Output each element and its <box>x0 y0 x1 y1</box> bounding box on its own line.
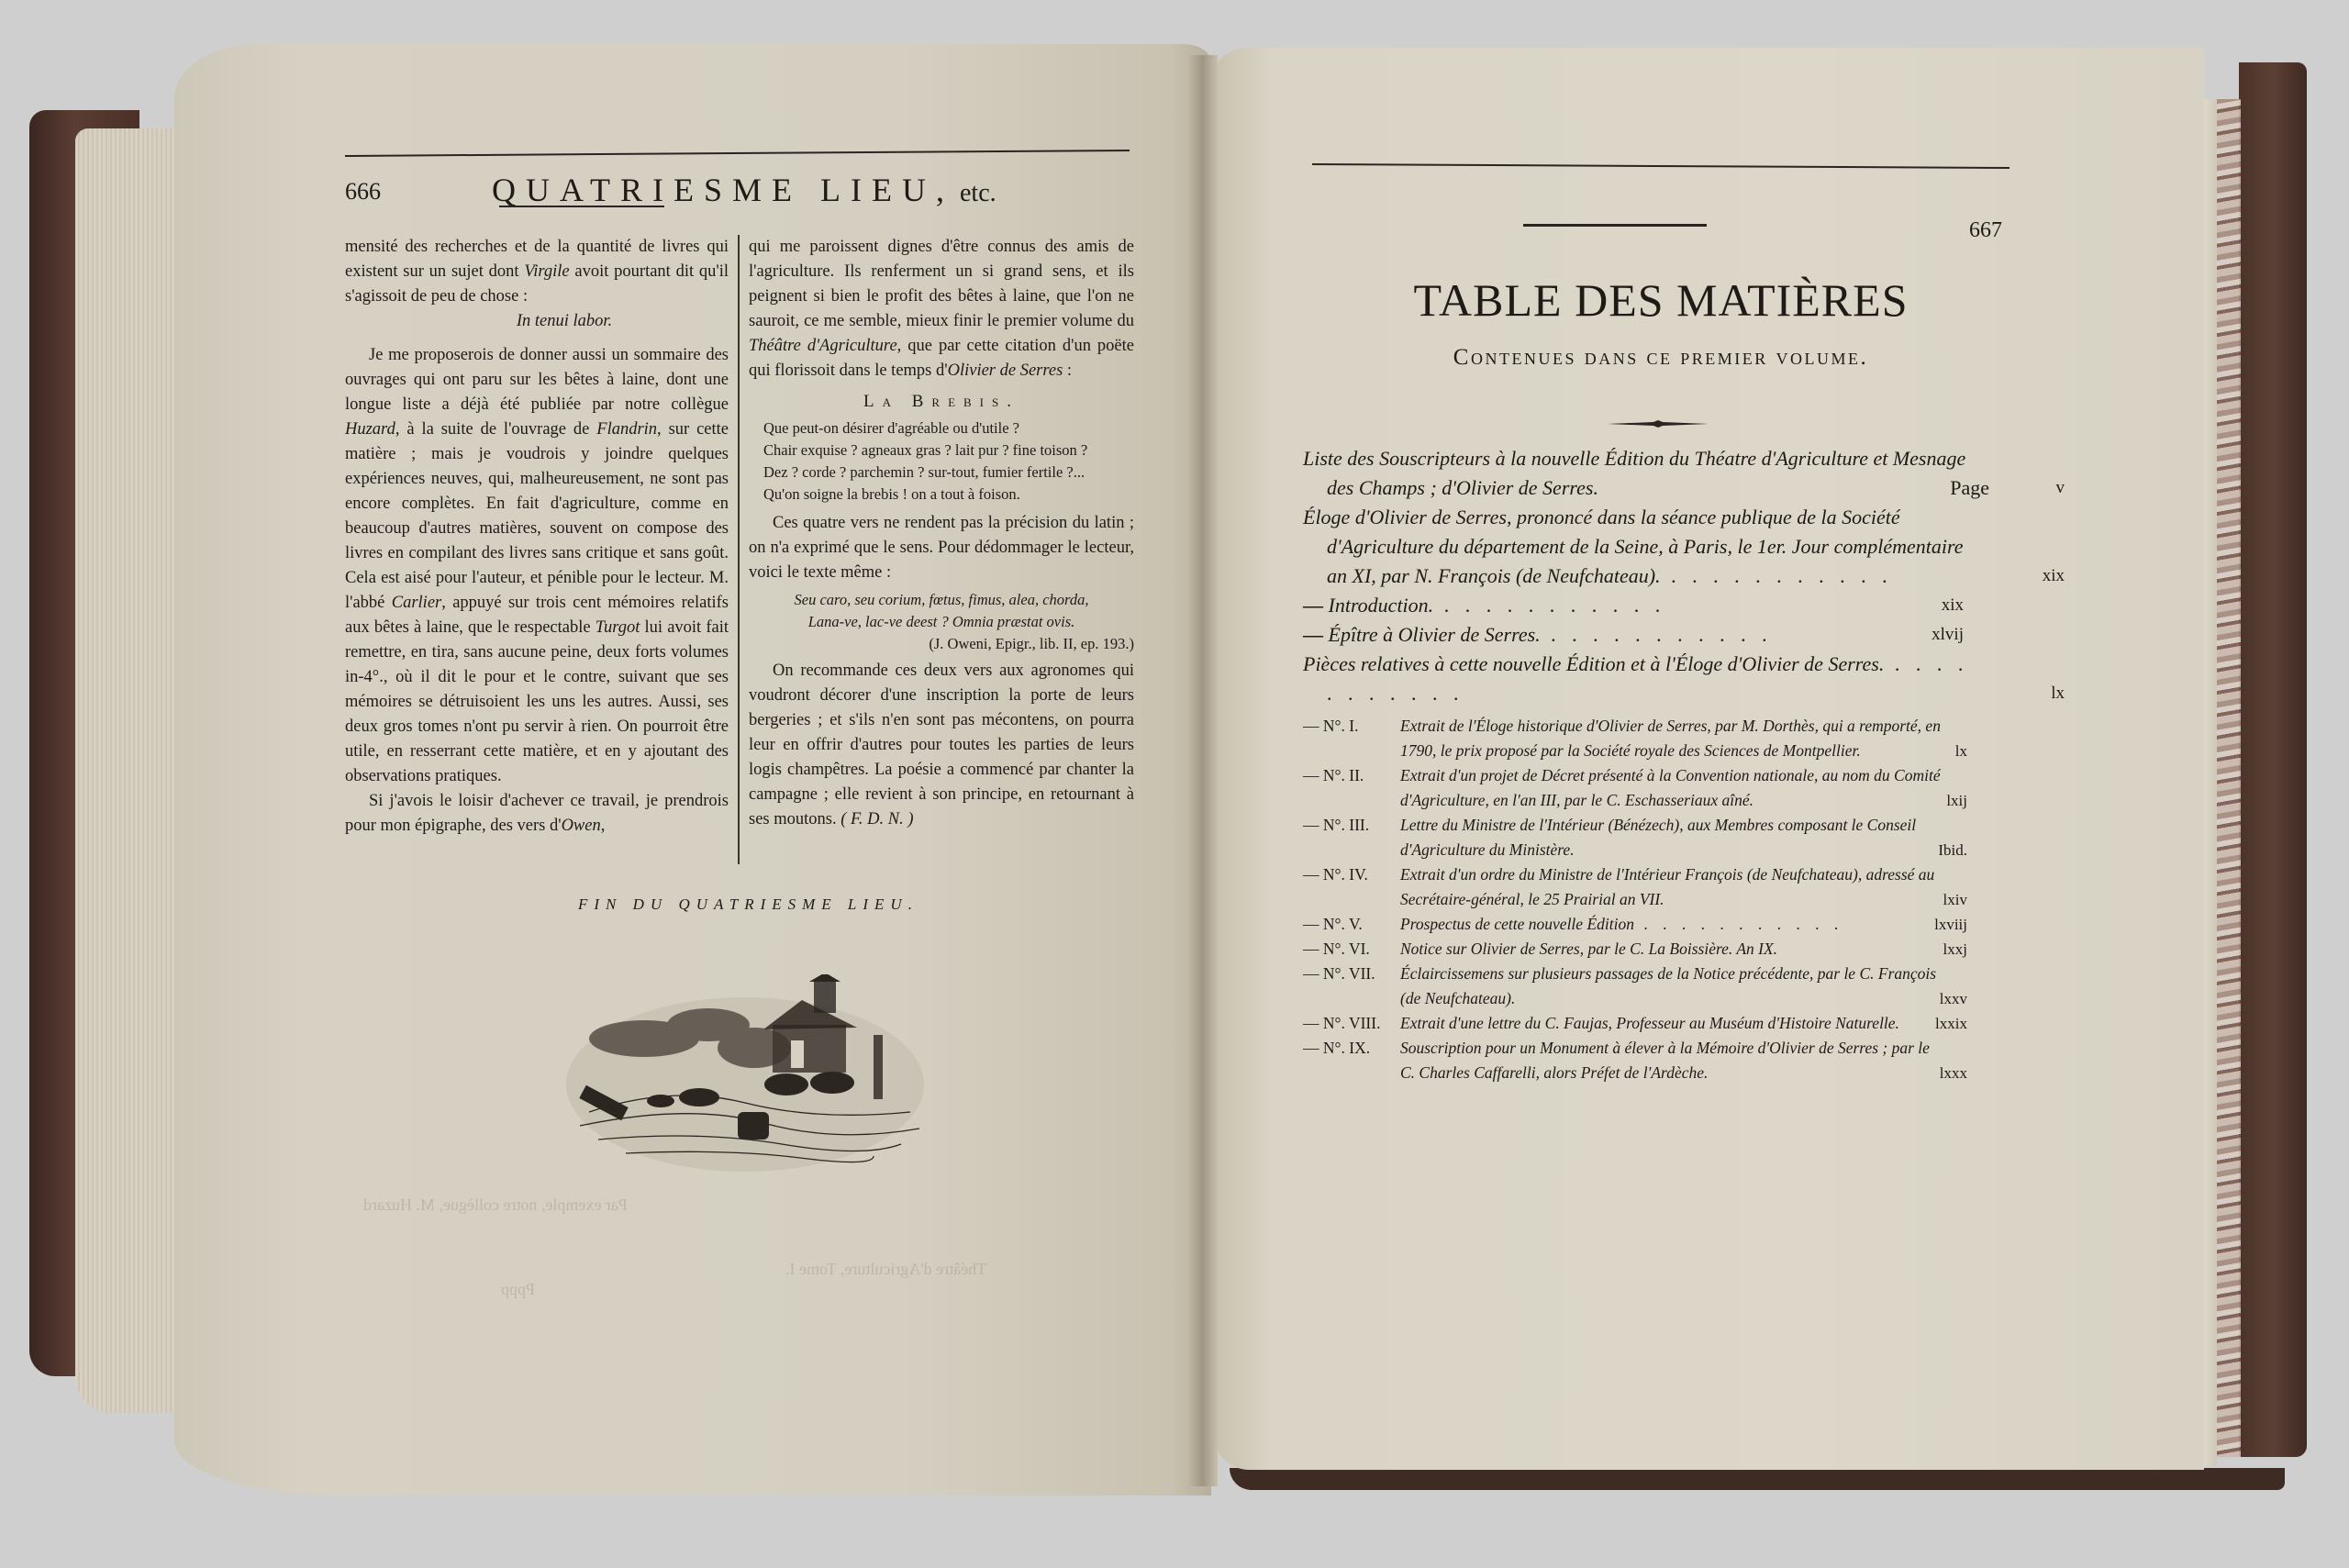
paragraph: qui me paroissent dignes d'être connus d… <box>749 235 1134 384</box>
citation: (J. Oweni, Epigr., lib. II, ep. 193.) <box>749 633 1134 655</box>
toc-numbered-entry[interactable]: — N°. VIII. Extrait d'une lettre du C. F… <box>1303 1011 2019 1036</box>
bleed-through-footer: Théâtre d'Agriculture, Tome I. <box>785 1257 986 1282</box>
latin-verses: Seu caro, seu corium, fœtus, fimus, alea… <box>749 589 1134 633</box>
column-divider <box>738 235 740 864</box>
page-number: 667 <box>1969 218 2002 243</box>
paragraph: On recommande ces deux vers aux agronome… <box>749 659 1134 832</box>
toc-numbered-entry[interactable]: — N°. IX. Souscription pour un Monument … <box>1303 1036 2019 1085</box>
book-gutter <box>1188 55 1218 1486</box>
toc-entry[interactable]: Pièces relatives à cette nouvelle Éditio… <box>1303 650 2019 708</box>
toc-numbered-entry[interactable]: — N°. I. Extrait de l'Éloge historique d… <box>1303 714 2019 763</box>
running-head: QUATRIESME LIEU,etc. <box>492 171 996 209</box>
toc-numbered-entry[interactable]: — N°. VI. Notice sur Olivier de Serres, … <box>1303 937 2019 962</box>
header-underline <box>499 206 664 207</box>
toc-title: TABLE DES MATIÈRES <box>1303 273 2019 327</box>
bleed-through-text: Par exemple, notre collègue, M. Huzard <box>363 1193 628 1218</box>
poem-verses: Que peut-on désirer d'agréable ou d'util… <box>749 417 1134 506</box>
toc-numbered-entry[interactable]: — N°. V. Prospectus de cette nouvelle Éd… <box>1303 912 2019 937</box>
toc-entry[interactable]: Éloge d'Olivier de Serres, prononcé dans… <box>1303 503 2019 591</box>
bleed-through-signature: Pppp <box>501 1277 535 1302</box>
page-block-edge <box>75 128 185 1413</box>
table-of-contents: Liste des Souscripteurs à la nouvelle Éd… <box>1303 444 2019 1085</box>
paragraph: Si j'avois le loisir d'achever ce travai… <box>345 789 729 839</box>
toc-entry[interactable]: Liste des Souscripteurs à la nouvelle Éd… <box>1303 444 2019 503</box>
toc-entry[interactable]: — Introduction. xix <box>1303 591 2019 620</box>
toc-numbered-entry[interactable]: — N°. IV. Extrait d'un ordre du Ministre… <box>1303 862 2019 912</box>
ornamental-rule-icon <box>1608 420 1709 428</box>
text-column-2: qui me paroissent dignes d'être connus d… <box>749 235 1134 832</box>
marbled-endpaper <box>2213 99 2241 1457</box>
toc-numbered-entry[interactable]: — N°. III. Lettre du Ministre de l'Intér… <box>1303 813 2019 862</box>
poem-title: La Brebis. <box>749 389 1134 414</box>
paragraph: mensité des recherches et de la quantité… <box>345 235 729 309</box>
page-number: 666 <box>345 178 381 206</box>
latin-quote: In tenui labor. <box>400 309 729 334</box>
paragraph: Je me proposerois de donner aussi un som… <box>345 343 729 789</box>
toc-entry[interactable]: — Épître à Olivier de Serres. xlvij <box>1303 620 2019 650</box>
book-cover-bottom <box>1230 1468 2285 1490</box>
book-cover-right <box>2239 62 2307 1457</box>
text-column-1: mensité des recherches et de la quantité… <box>345 235 729 839</box>
end-of-section-marker: FIN DU QUATRIESME LIEU. <box>578 895 918 914</box>
header-underline <box>1523 224 1707 227</box>
paragraph: Ces quatre vers ne rendent pas la précis… <box>749 511 1134 585</box>
woodcut-vignette-icon <box>562 974 929 1176</box>
toc-numbered-entry[interactable]: — N°. VII. Éclaircissemens sur plusieurs… <box>1303 962 2019 1011</box>
toc-subtitle: Contenues dans ce premier volume. <box>1303 345 2019 371</box>
toc-numbered-entry[interactable]: — N°. II. Extrait d'un projet de Décret … <box>1303 763 2019 813</box>
